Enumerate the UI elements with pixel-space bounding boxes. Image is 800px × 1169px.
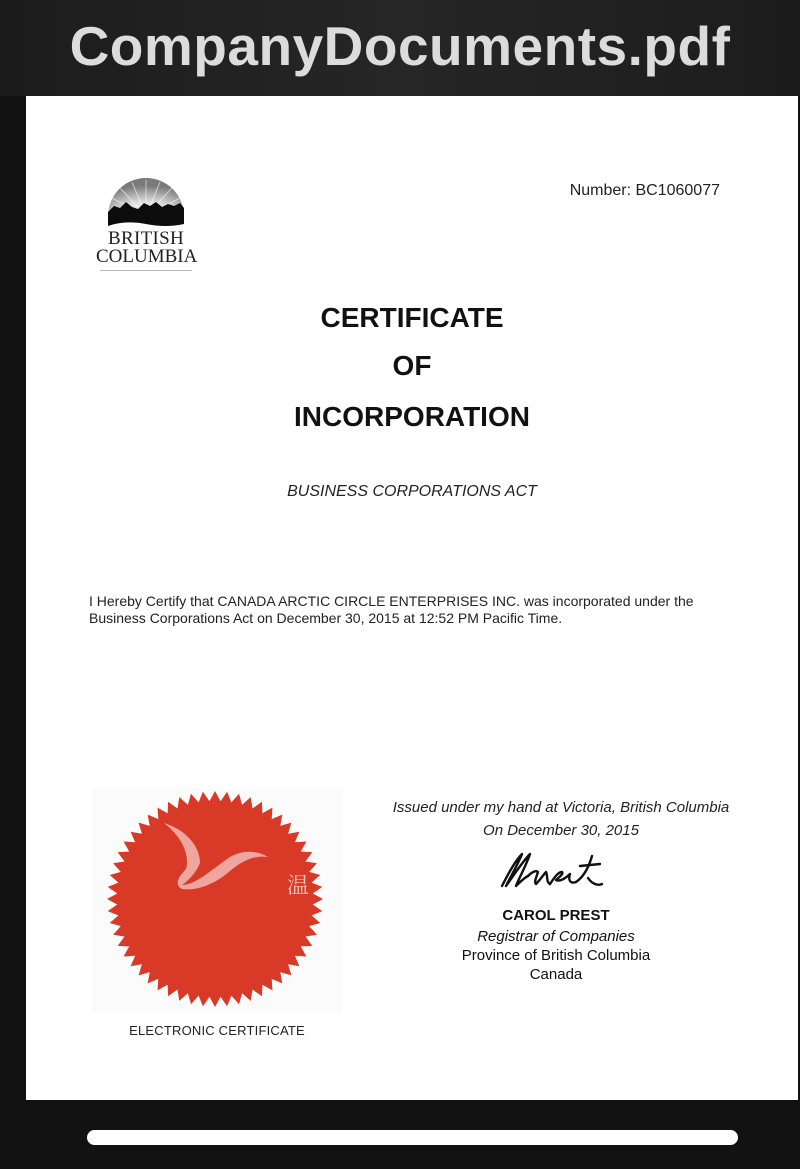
document-title: CompanyDocuments.pdf <box>70 14 731 78</box>
seal-caption: ELECTRONIC CERTIFICATE <box>92 1023 342 1038</box>
bc-logo: BRITISH COLUMBIA <box>96 176 196 268</box>
red-starburst-seal-icon: 温 <box>92 789 342 1013</box>
logo-underline <box>100 270 192 271</box>
pdf-page[interactable]: BRITISH COLUMBIA Number: BC1060077 CERTI… <box>26 96 798 1100</box>
title-line-1: CERTIFICATE <box>26 302 798 334</box>
title-line-3: INCORPORATION <box>26 401 798 433</box>
logo-wordmark: BRITISH COLUMBIA <box>96 230 196 266</box>
registrar-province: Province of British Columbia <box>426 947 686 964</box>
certification-statement: I Hereby Certify that CANADA ARCTIC CIRC… <box>89 593 749 627</box>
bc-sunrise-mountains-icon <box>96 176 196 232</box>
logo-line-2: COLUMBIA <box>96 248 196 266</box>
certificate-number: Number: BC1060077 <box>570 182 720 200</box>
act-subtitle: BUSINESS CORPORATIONS ACT <box>26 483 798 501</box>
home-indicator-bar[interactable] <box>87 1130 738 1145</box>
handwritten-signature-icon <box>496 848 606 893</box>
issued-date: On December 30, 2015 <box>376 822 746 839</box>
registrar-title: Registrar of Companies <box>426 928 686 945</box>
registrar-name: CAROL PREST <box>426 907 686 924</box>
svg-text:温: 温 <box>287 874 309 899</box>
issued-location: Issued under my hand at Victoria, Britis… <box>376 799 746 816</box>
title-bar: CompanyDocuments.pdf <box>0 0 800 96</box>
title-line-2: OF <box>26 350 798 382</box>
seal-area: 温 <box>92 789 342 1013</box>
registrar-country: Canada <box>426 966 686 983</box>
